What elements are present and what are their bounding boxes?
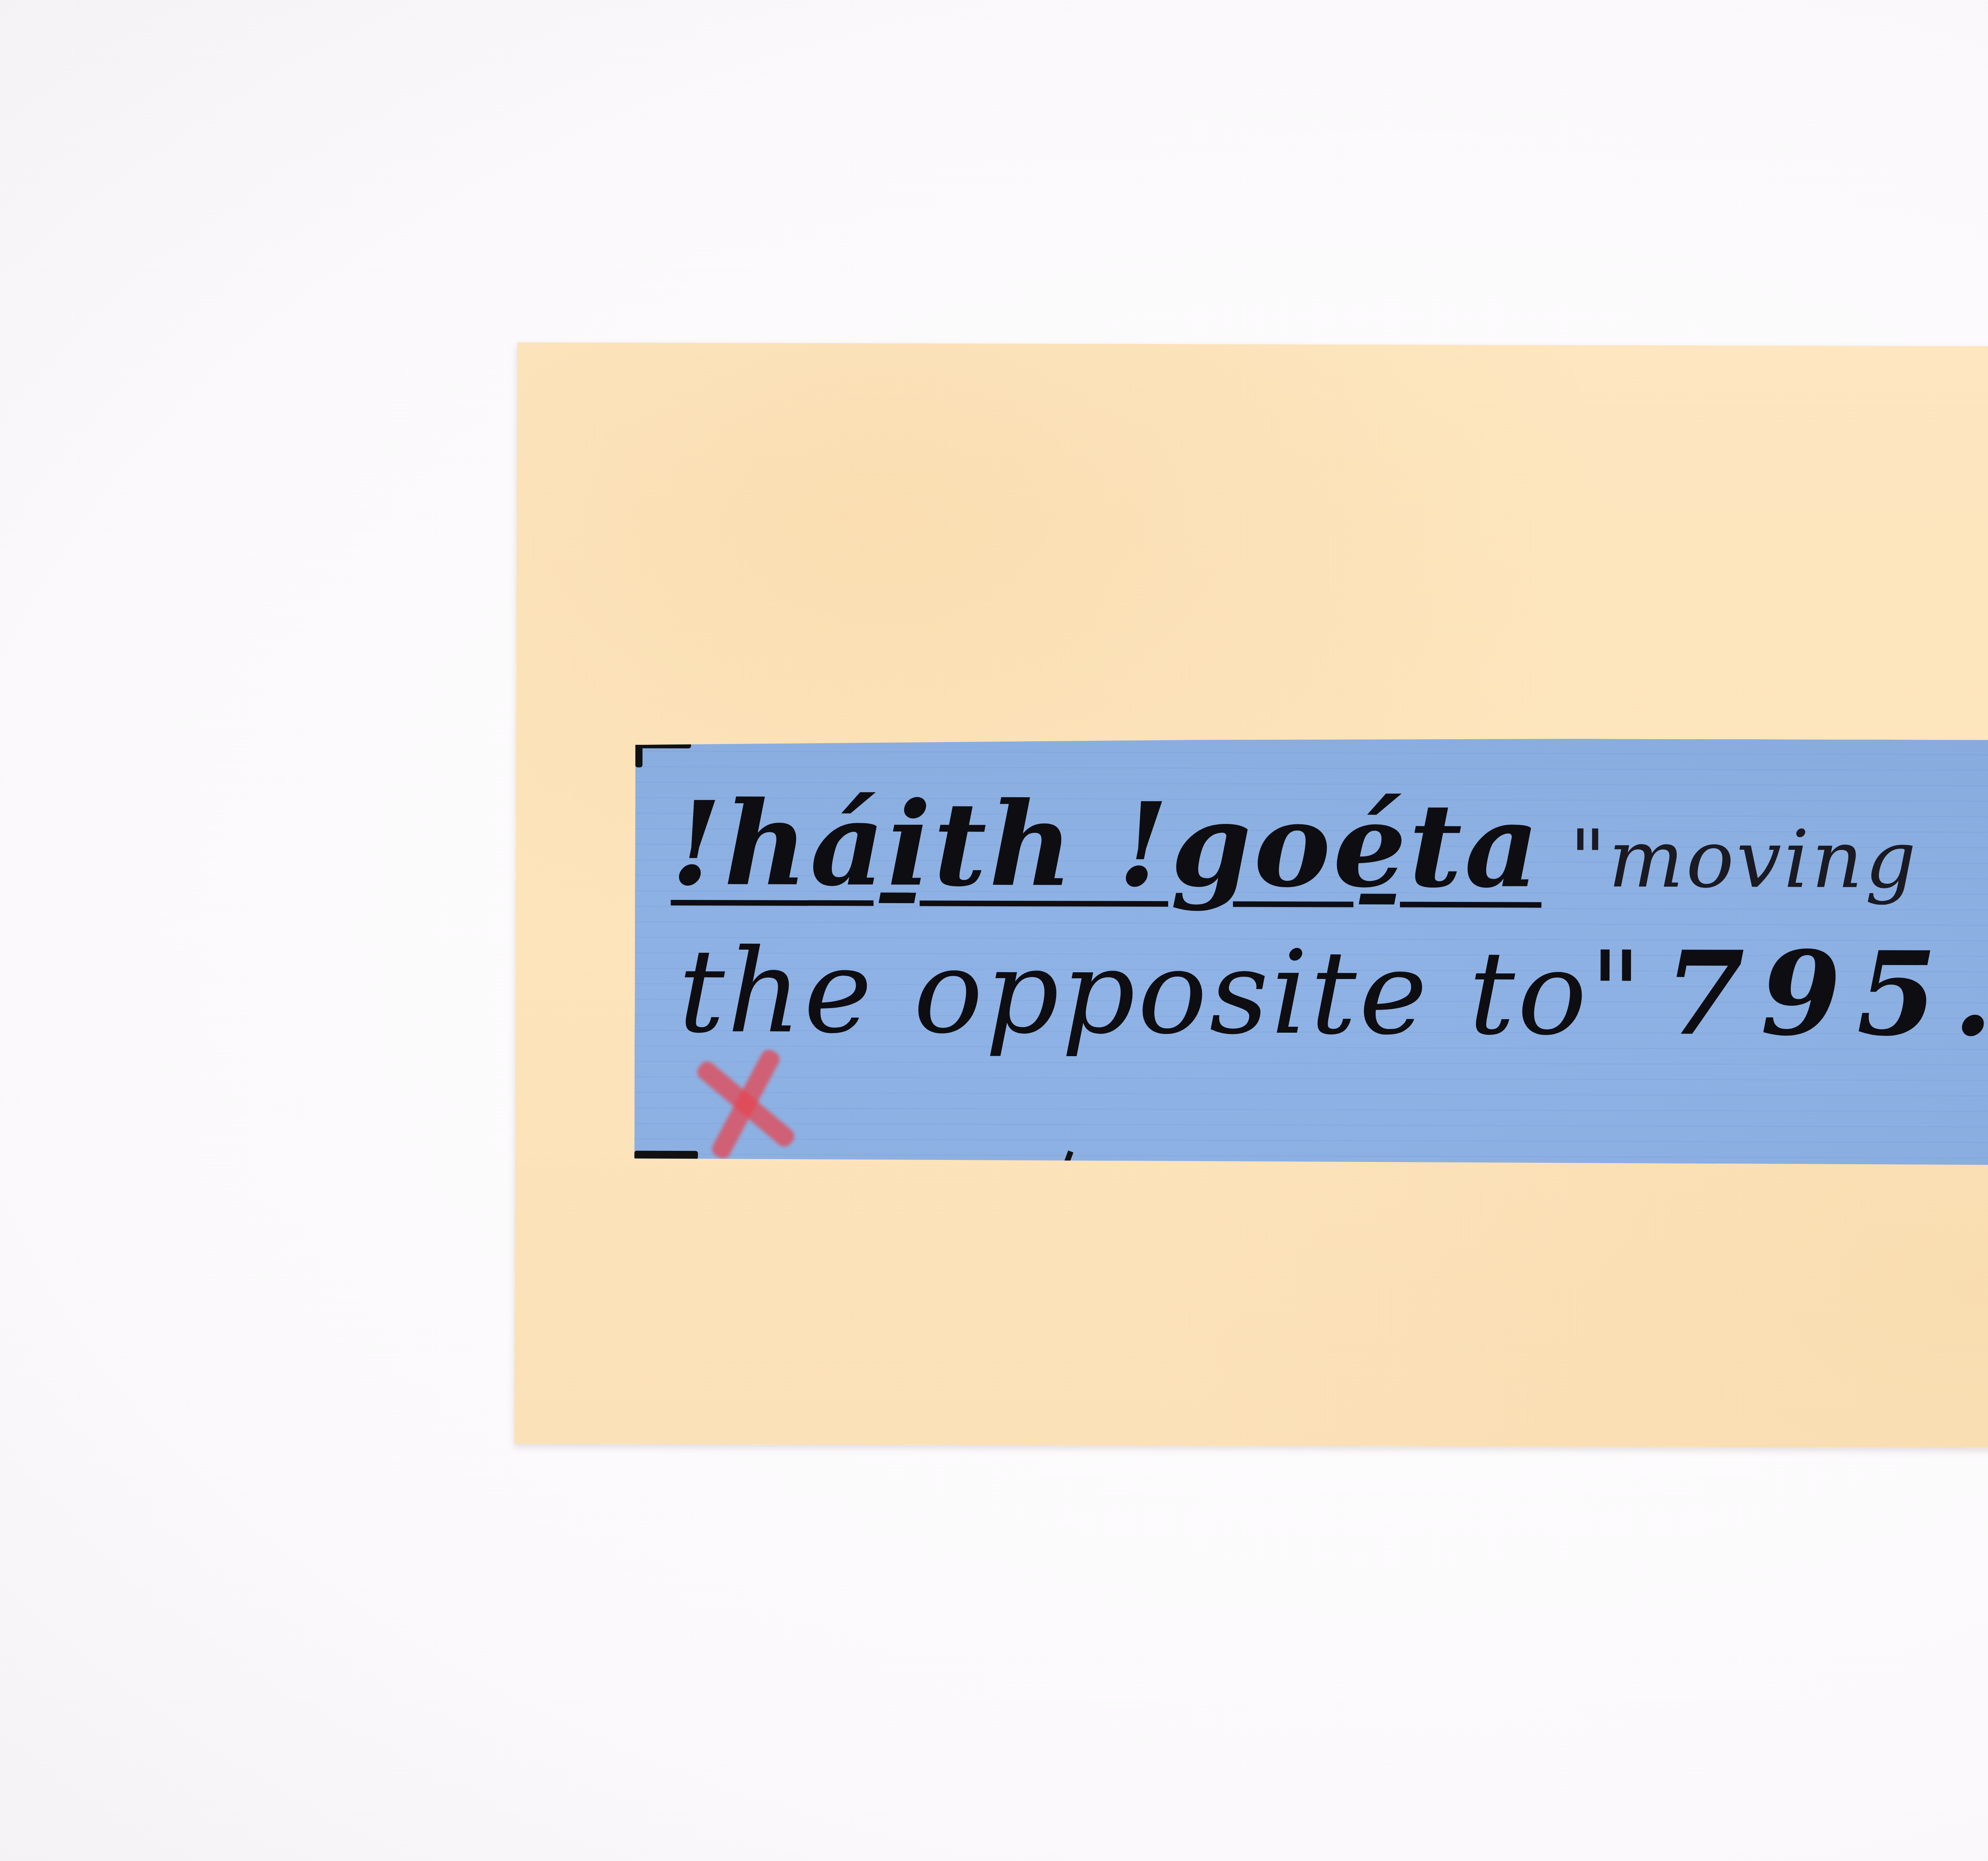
page-reference: 795. bbox=[1664, 926, 1988, 1062]
gloss-end: the opposite to" bbox=[678, 925, 1645, 1061]
bracket-top-mark bbox=[635, 740, 691, 748]
archival-card: !hái̱th !goé̱ta"moving the opposite to"7… bbox=[514, 342, 1988, 1449]
bracket-top-vertical bbox=[635, 740, 643, 767]
blue-paper-slip: !hái̱th !goé̱ta"moving the opposite to"7… bbox=[634, 736, 1988, 1166]
headword: !hái̱th !goé̱ta bbox=[671, 776, 1542, 914]
handwritten-line-1: !hái̱th !goé̱ta"moving bbox=[671, 776, 1919, 928]
handwritten-line-2: the opposite to"795. bbox=[678, 923, 1988, 1063]
gloss-start: "moving bbox=[1569, 813, 1918, 906]
ink-tail-mark bbox=[1064, 1150, 1074, 1165]
red-cross-mark-icon bbox=[674, 1039, 810, 1166]
